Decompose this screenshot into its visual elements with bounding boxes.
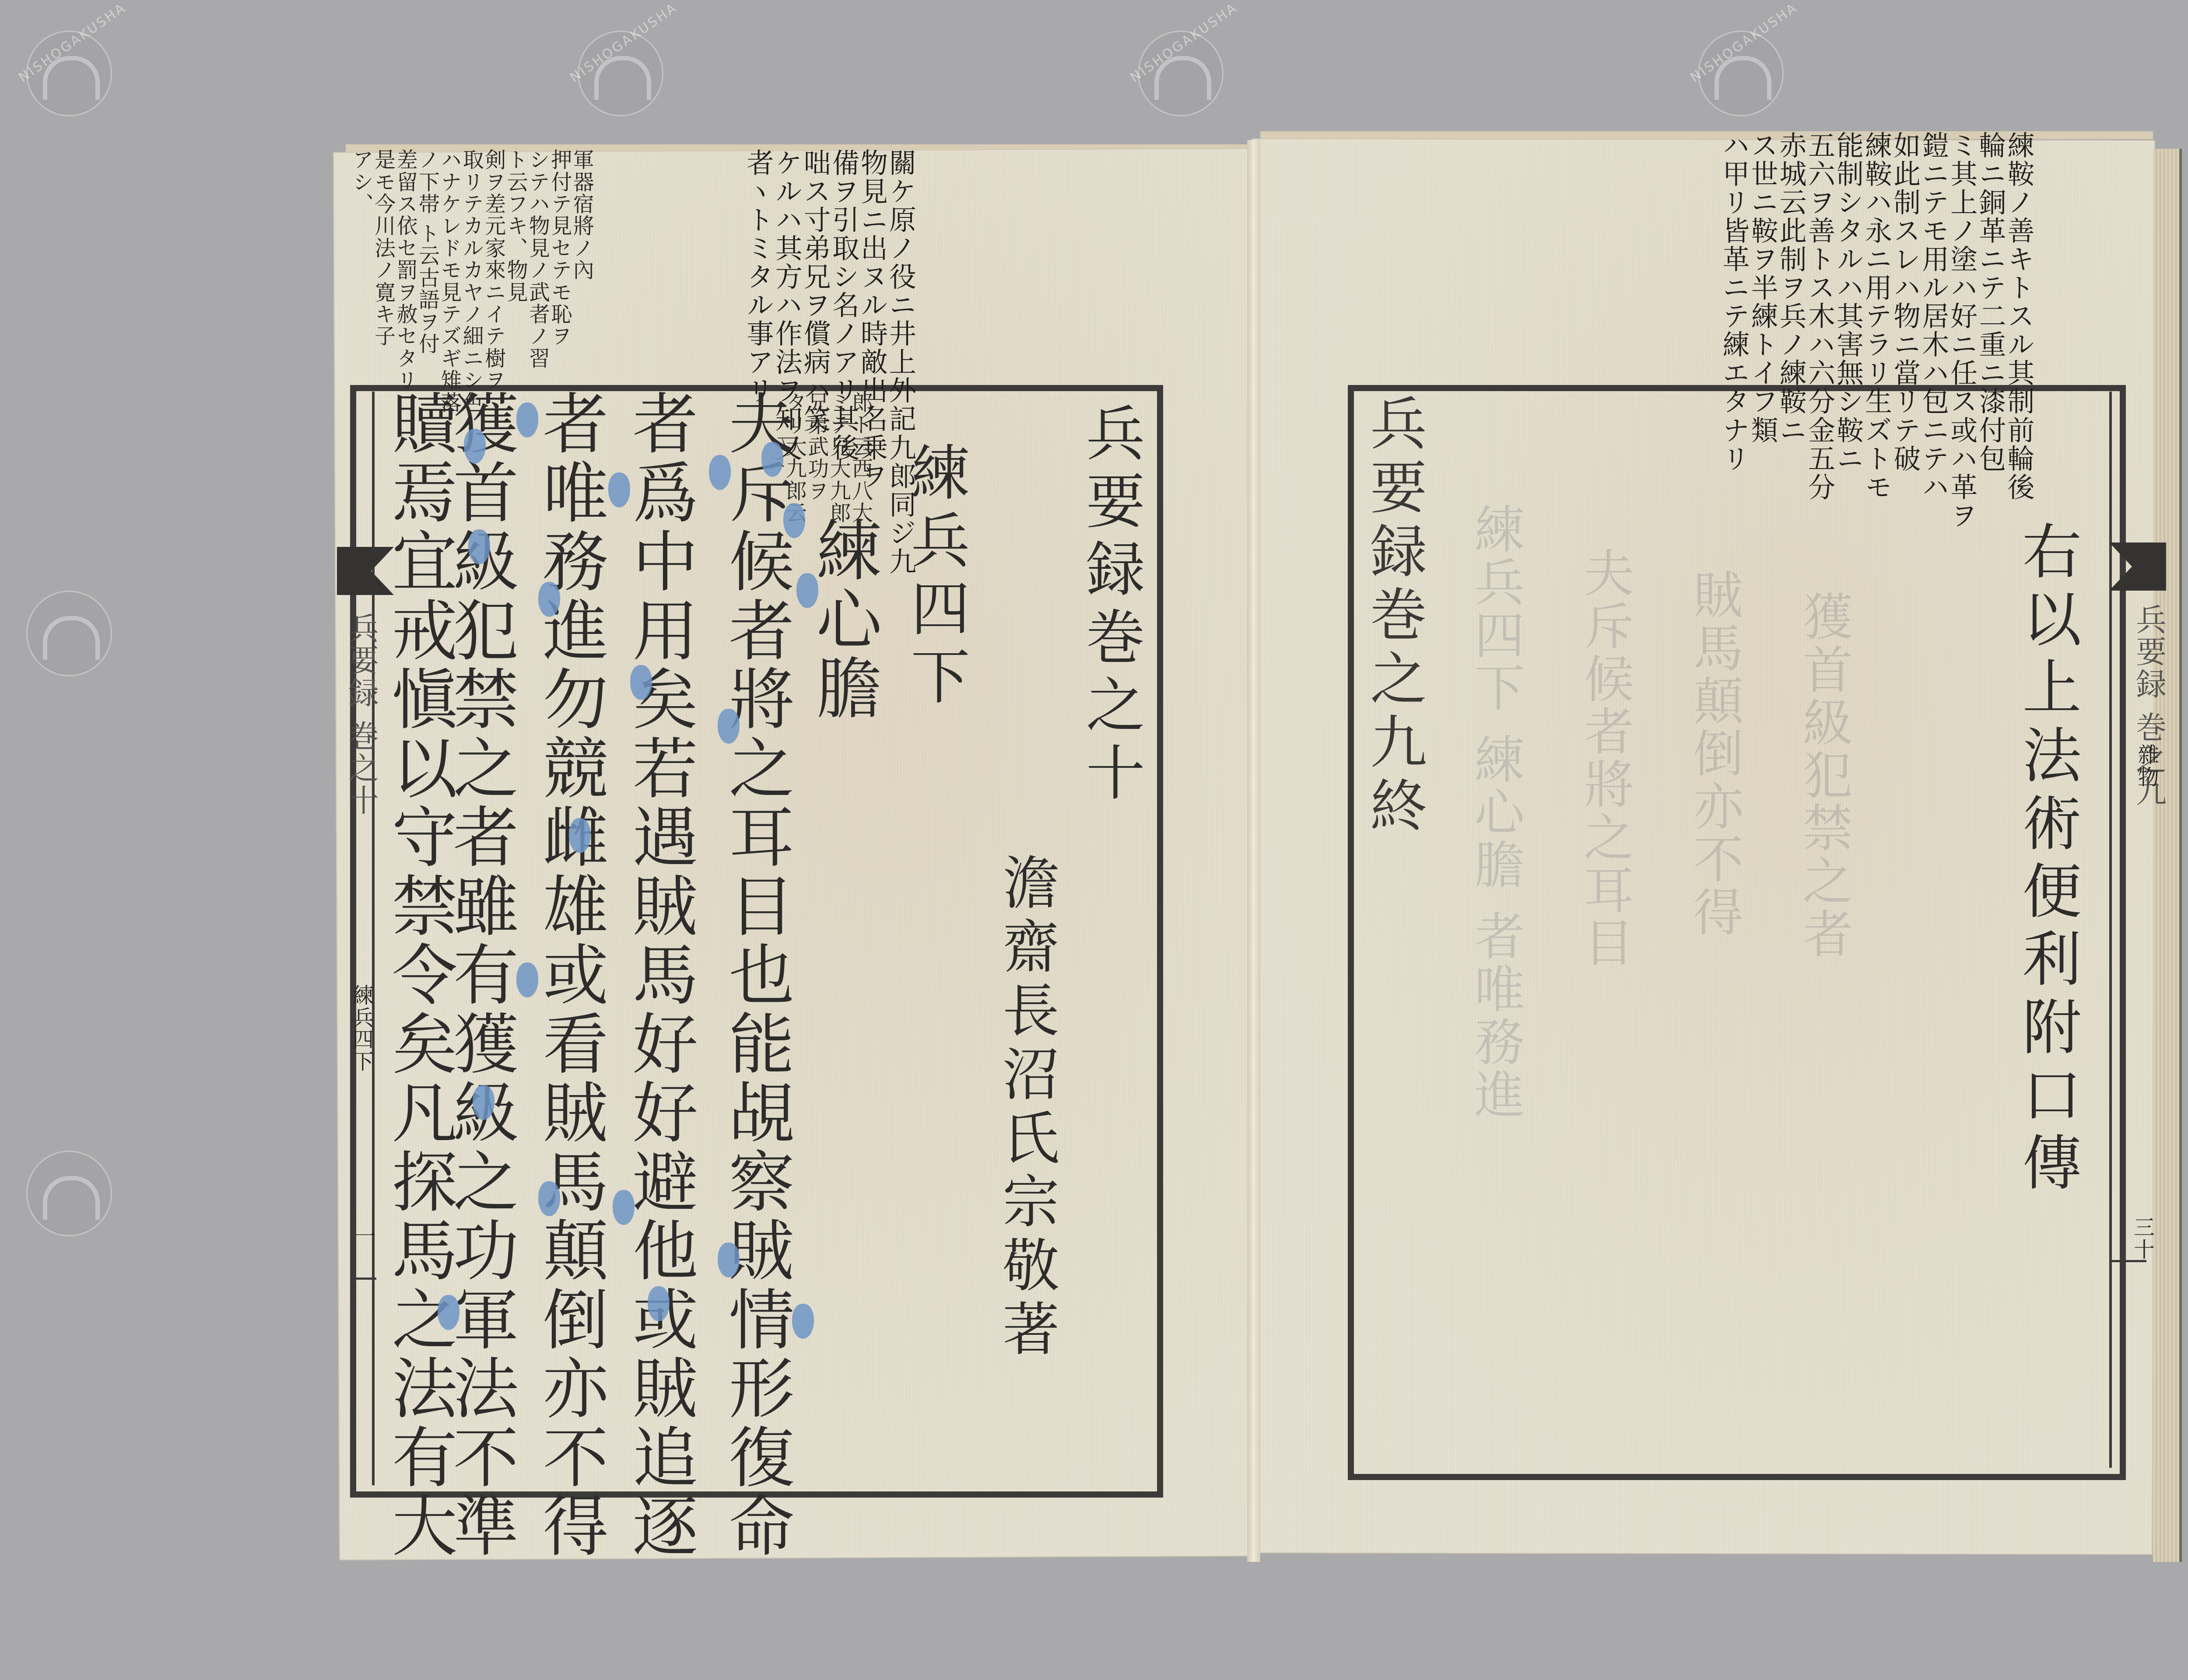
page-stack-edge (2153, 149, 2182, 1562)
blue-ink-mark (538, 1181, 560, 1216)
left-margin-spine-title: 兵要録 巻之十 (344, 612, 379, 817)
author-credit: 澹齋長沼氏宗敬著 (993, 853, 1059, 1363)
volume-end-marker: 兵要録巻之九終 (1361, 394, 1427, 840)
show-through-text: 練兵四下 練心膽 者唯務進 (1466, 503, 1524, 1121)
body-column-3: 者唯務進勿競雌雄或看賊馬顛倒亦不得 (532, 389, 607, 1561)
subsection-heading: 練心膽 (805, 516, 881, 723)
blue-ink-mark (648, 1286, 670, 1321)
blue-ink-mark (608, 472, 630, 507)
closing-note: 右以上法術便利附口傳 (2013, 521, 2081, 1200)
watermark-logo-icon (26, 591, 112, 676)
left-margin-crossline (350, 1277, 376, 1280)
left-margin-page-number: 一 (352, 1225, 374, 1247)
blue-ink-mark (709, 455, 731, 490)
left-header-annotation-1: 關ケ原ノ役ニ井上外記九郎同ジ九 物見ニ出ヌル時敵出名乗ヲ 備ヲ引取シ名ノアリ其後… (744, 149, 915, 376)
body-column-5: 贖焉宜戒愼以守禁令矣凡探馬之法有大 (381, 389, 456, 1561)
right-margin-section: 雜物 (2135, 744, 2157, 788)
blue-ink-mark (613, 1190, 635, 1225)
blue-ink-mark (792, 1304, 814, 1339)
volume-title: 兵要録巻之十 (1076, 402, 1144, 810)
watermark-logo-icon (26, 1151, 112, 1236)
blue-ink-mark (761, 442, 783, 477)
show-through-text: 獲首級犯禁之者 (1794, 591, 1852, 960)
blue-ink-mark (718, 709, 740, 744)
blue-ink-mark (516, 402, 538, 437)
blue-ink-mark (796, 573, 818, 608)
show-through-text: 夫斥候者將之耳目 (1575, 547, 1633, 969)
body-column-1: 夫斥候者將之耳目也能覘察賊情形復命 (718, 389, 793, 1561)
left-margin-section: 練兵四下 (350, 984, 372, 1073)
blue-ink-mark (569, 818, 591, 853)
show-through-text: 賊馬顛倒亦不得 (1685, 569, 1743, 938)
blue-ink-mark (464, 429, 486, 464)
blue-ink-mark (516, 962, 538, 997)
open-book: NISHOGAKUSHA NISHOGAKUSHA NISHOGAKUSHA N… (0, 0, 2188, 1680)
blue-ink-mark (438, 1295, 459, 1330)
book-gutter (1247, 140, 1260, 1562)
right-header-annotation: 練鞍ノ善キトスル其制前輪後 輪ニ銅革ニテ二重ニ漆付包 ミ其上ノ塗ハ好ニ任ス或ハ革… (1720, 131, 2033, 525)
section-heading: 練兵四下 (901, 442, 969, 714)
blue-ink-mark (473, 1085, 494, 1120)
blue-ink-mark (538, 582, 560, 617)
right-margin-rule (2109, 392, 2112, 1468)
blue-ink-mark (783, 503, 805, 538)
blue-ink-mark (630, 665, 652, 700)
body-column-2: 者爲中用矣若遇賊馬好好避他或賊追逐 (621, 389, 697, 1561)
blue-ink-mark (718, 1242, 740, 1277)
blue-ink-mark (468, 529, 490, 564)
right-margin-page-number: 三十 (2131, 1216, 2153, 1260)
left-header-annotation-2: 軍器宿將ノ內 押付テ見セテモ恥ヲ シテハ物見ノ武者ノ習 ト云フキ、物見 剣ヲ差元… (350, 149, 593, 376)
